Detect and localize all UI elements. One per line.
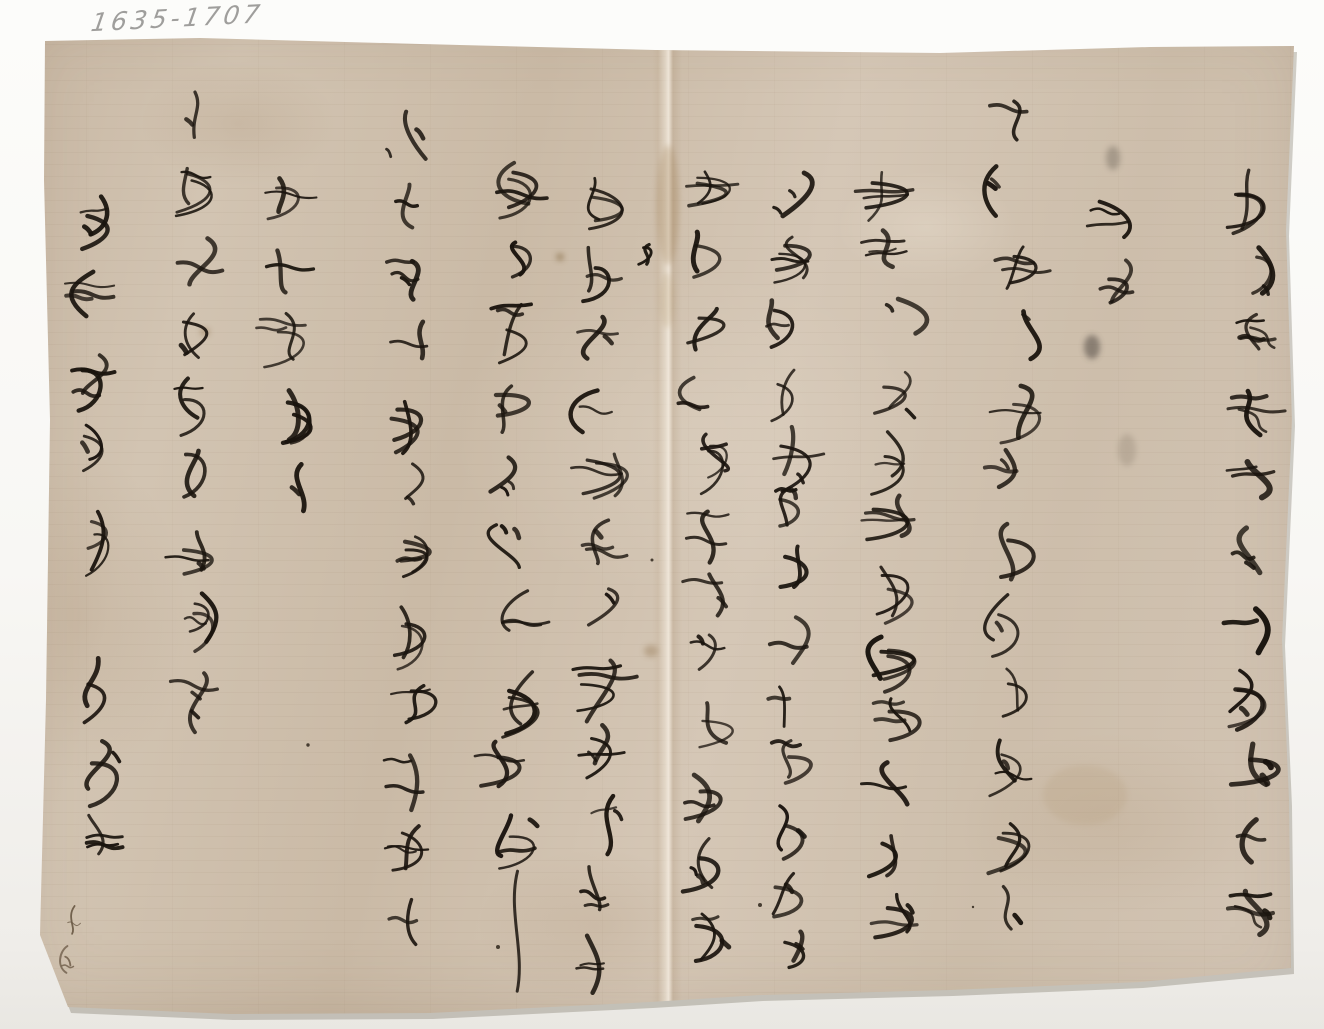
calligraphy-column-10 (257, 178, 317, 510)
calligraphy-column-7 (571, 178, 637, 993)
smudges-group (200, 145, 1136, 949)
calligraphy-column-3 (984, 101, 1050, 929)
stain-smudge (1084, 335, 1100, 359)
stain-smudge (1043, 765, 1127, 825)
ink-speck (306, 743, 309, 746)
calligraphy-column-4 (856, 172, 927, 937)
ink-speck (496, 945, 500, 949)
ink-speck (758, 903, 762, 907)
calligraphy-column-1 (1224, 170, 1285, 934)
calligraphy-column-8 (475, 163, 549, 991)
calligraphy-layer (0, 0, 1324, 1029)
calligraphy-column-5 (767, 173, 824, 968)
calligraphy-column-13 (84, 658, 122, 853)
ink-speck (972, 906, 974, 908)
photo-of-letter: 1635-1707 (0, 0, 1324, 1029)
calligraphy-column-2 (1087, 202, 1132, 303)
letter-paper (0, 0, 1324, 1029)
stain-smudge (556, 253, 564, 261)
stain-smudge (1118, 434, 1136, 466)
stain-smudge (1106, 146, 1120, 170)
calligraphy-column-9 (384, 112, 436, 945)
calligraphy-column-6 (678, 172, 738, 961)
ink-speck (651, 559, 654, 562)
stain-smudge (644, 645, 658, 657)
calligraphy-column-15 (639, 245, 651, 265)
calligraphy-column-12 (65, 197, 115, 576)
stain-smudge (657, 145, 679, 265)
calligraphy-column-11 (166, 92, 223, 732)
calligraphy-column-14 (60, 906, 80, 973)
stain-smudge (660, 272, 674, 328)
